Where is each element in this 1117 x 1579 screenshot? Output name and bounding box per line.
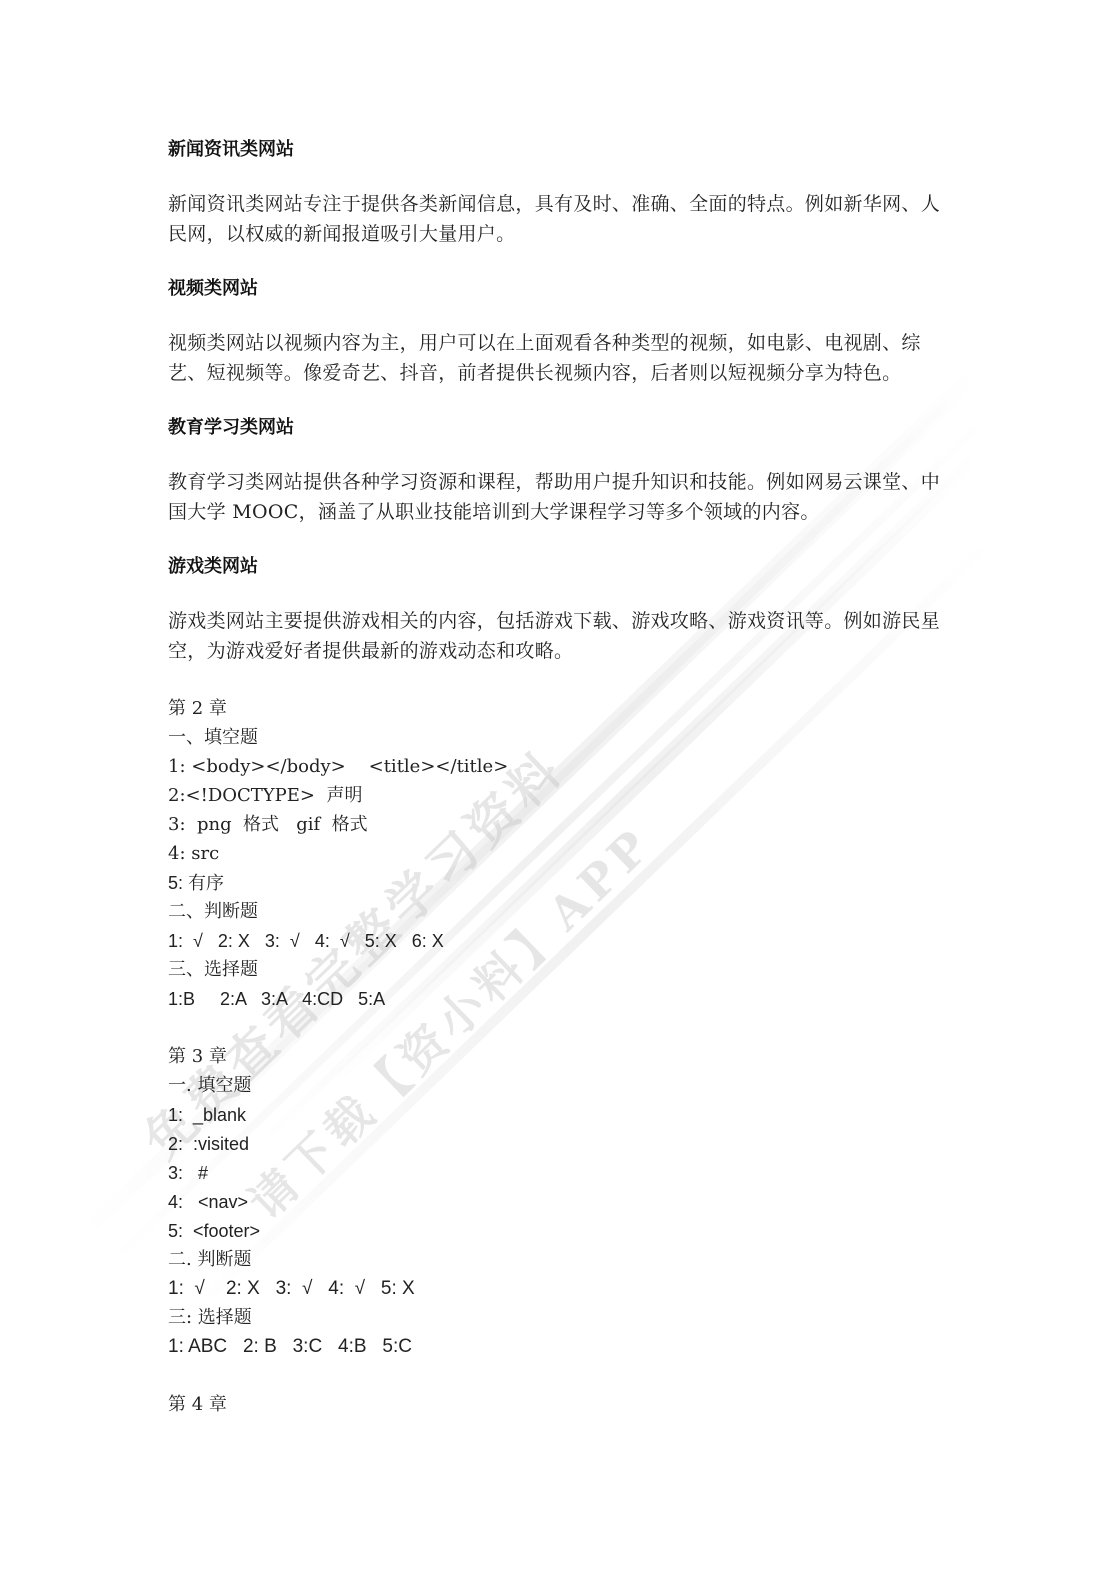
chapter-3-title: 第 3 章 [168,1045,227,1069]
section-body-news: 新闻资讯类网站专注于提供各类新闻信息，具有及时、准确、全面的特点。例如新华网、人… [168,189,958,249]
ch3-fill-blank-heading: 一. 填空题 [168,1074,251,1098]
ch2-choice-heading: 三、选择题 [168,958,258,982]
ch2-fill-answer-5: 5: 有序 [168,871,224,895]
chapter-2-title: 第 2 章 [168,697,227,721]
ch3-fill-answer-5: 5: <footer> [168,1219,260,1243]
ch2-fill-blank-heading: 一、填空题 [168,726,258,750]
ch2-true-false-answers: 1: √ 2: X 3: √ 4: √ 5: X 6: X [168,929,444,953]
ch3-choice-answers: 1: ABC 2: B 3:C 4:B 5:C [168,1335,412,1359]
section-heading-news: 新闻资讯类网站 [168,139,294,161]
ch3-choice-heading: 三: 选择题 [168,1306,252,1330]
ch2-fill-answer-1: 1: <body></body> <title></title> [168,755,508,779]
ch3-fill-answer-2: 2: :visited [168,1132,249,1156]
ch2-fill-answer-2: 2:<!DOCTYPE> 声明 [168,784,362,808]
watermark-stripe [257,446,982,1146]
section-heading-games: 游戏类网站 [168,556,258,578]
section-body-video: 视频类网站以视频内容为主，用户可以在上面观看各种类型的视频，如电影、电视剧、综艺… [168,328,958,388]
watermark-text-line2: 请下载【资小料】APP [232,810,665,1232]
section-heading-video: 视频类网站 [168,278,258,300]
section-body-education: 教育学习类网站提供各种学习资源和课程，帮助用户提升知识和技能。例如网易云课堂、中… [168,467,958,527]
section-body-games: 游戏类网站主要提供游戏相关的内容，包括游戏下载、游戏攻略、游戏资讯等。例如游民星… [168,606,958,666]
ch2-fill-answer-4: 4: src [168,842,219,866]
ch3-fill-answer-3: 3: # [168,1161,208,1185]
ch3-true-false-heading: 二. 判断题 [168,1248,251,1272]
ch2-choice-answers: 1:B 2:A 3:A 4:CD 5:A [168,987,385,1011]
chapter-4-title: 第 4 章 [168,1393,227,1417]
ch3-fill-answer-1: 1: _blank [168,1103,246,1127]
ch2-fill-answer-3: 3: png 格式 gif 格式 [168,813,368,837]
ch2-true-false-heading: 二、判断题 [168,900,258,924]
ch3-true-false-answers: 1: √ 2: X 3: √ 4: √ 5: X [168,1277,415,1301]
section-heading-education: 教育学习类网站 [168,417,294,439]
ch3-fill-answer-4: 4: <nav> [168,1190,248,1214]
